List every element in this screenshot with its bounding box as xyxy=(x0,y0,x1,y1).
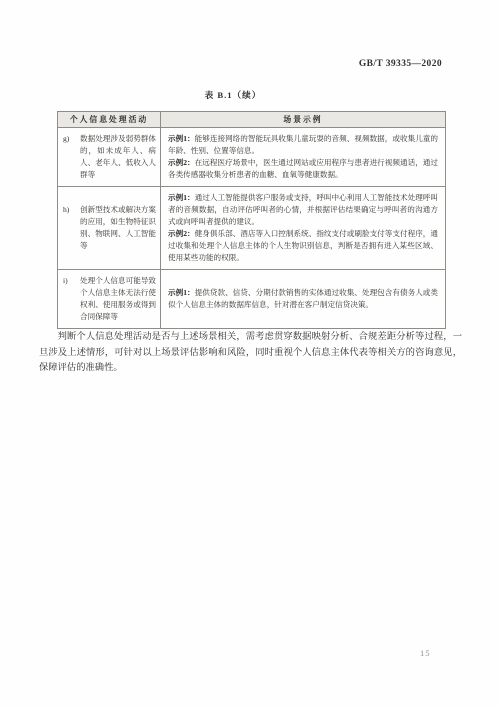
example-text-g2: 在远程医疗场景中，医生通过网站或应用程序与患者进行视频通话，通过各类传感器收集分… xyxy=(168,158,438,179)
activity-text-h: 创新型技术或解决方案的应用，如生物特征识别、物联网、人工智能等 xyxy=(80,204,156,252)
example-label-g1: 示例1： xyxy=(168,134,195,143)
example-text-g1: 能够连接网络的智能玩具收集儿童玩耍的音频、视频数据，或收集儿童的年龄、性别、位置… xyxy=(168,134,438,155)
row-marker-g: g) xyxy=(63,133,80,181)
document-page: GB/T 39335—2020 表 B.1（续） 个人信息处理活动 场景示例 g… xyxy=(0,0,500,707)
activity-wrap: g) 数据处理涉及弱势群体的，如未成年人、病人、老年人、低收入人群等 xyxy=(63,133,156,181)
example-i1: 示例1：提供贷款、信贷、分期付款销售的实体通过收集、处理包含有债务人或类似个人信… xyxy=(168,287,438,311)
example-text-h1: 通过人工智能提供客户服务或支持，呼叫中心利用人工智能技术处理呼叫者的音频数据，自… xyxy=(168,193,438,226)
column-header-scenario: 场景示例 xyxy=(161,112,446,128)
activity-cell-h: h) 创新型技术或解决方案的应用，如生物特征识别、物联网、人工智能等 xyxy=(58,187,161,270)
scenario-cell-i: 示例1：提供贷款、信贷、分期付款销售的实体通过收集、处理包含有债务人或类似个人信… xyxy=(161,270,446,329)
row-marker-h: h) xyxy=(63,204,80,252)
table-title: 表 B.1（续） xyxy=(0,89,466,101)
activity-wrap: i) 处理个人信息可能导致个人信息主体无法行使权利、使用服务或得到合同保障等 xyxy=(63,275,156,323)
example-label-g2: 示例2： xyxy=(168,158,195,167)
table-b1: 个人信息处理活动 场景示例 g) 数据处理涉及弱势群体的，如未成年人、病人、老年… xyxy=(57,111,446,329)
activity-wrap: h) 创新型技术或解决方案的应用，如生物特征识别、物联网、人工智能等 xyxy=(63,204,156,252)
example-text-i1: 提供贷款、信贷、分期付款销售的实体通过收集、处理包含有债务人或类似个人信息主体的… xyxy=(168,288,438,309)
example-h1: 示例1：通过人工智能提供客户服务或支持，呼叫中心利用人工智能技术处理呼叫者的音频… xyxy=(168,192,438,228)
example-label-i1: 示例1： xyxy=(168,288,195,297)
table-row-i: i) 处理个人信息可能导致个人信息主体无法行使权利、使用服务或得到合同保障等 示… xyxy=(58,270,446,329)
column-header-activity: 个人信息处理活动 xyxy=(58,112,161,128)
table-row-h: h) 创新型技术或解决方案的应用，如生物特征识别、物联网、人工智能等 示例1：通… xyxy=(58,187,446,270)
activity-text-g: 数据处理涉及弱势群体的，如未成年人、病人、老年人、低收入人群等 xyxy=(80,133,156,181)
example-h2: 示例2：健身俱乐部、酒店等入口控制系统、指纹支付或刷脸支付等支付程序，通过收集和… xyxy=(168,228,438,264)
example-label-h2: 示例2： xyxy=(168,229,195,238)
example-g1: 示例1：能够连接网络的智能玩具收集儿童玩耍的音频、视频数据，或收集儿童的年龄、性… xyxy=(168,133,438,157)
closing-paragraph: 判断个人信息处理活动是否与上述场景相关，需考虑贯穿数据映射分析、合规差距分析等过… xyxy=(39,330,462,377)
table-header-row: 个人信息处理活动 场景示例 xyxy=(58,112,446,128)
row-marker-i: i) xyxy=(63,275,80,323)
scenario-cell-g: 示例1：能够连接网络的智能玩具收集儿童玩耍的音频、视频数据，或收集儿童的年龄、性… xyxy=(161,128,446,187)
page-number: 15 xyxy=(420,648,431,658)
table-row-g: g) 数据处理涉及弱势群体的，如未成年人、病人、老年人、低收入人群等 示例1：能… xyxy=(58,128,446,187)
example-text-h2: 健身俱乐部、酒店等入口控制系统、指纹支付或刷脸支付等支付程序，通过收集和处理个人… xyxy=(168,229,438,262)
example-g2: 示例2：在远程医疗场景中，医生通过网站或应用程序与患者进行视频通话，通过各类传感… xyxy=(168,157,438,181)
scenario-cell-h: 示例1：通过人工智能提供客户服务或支持，呼叫中心利用人工智能技术处理呼叫者的音频… xyxy=(161,187,446,270)
standard-number: GB/T 39335—2020 xyxy=(359,59,442,69)
example-label-h1: 示例1： xyxy=(168,193,195,202)
activity-cell-g: g) 数据处理涉及弱势群体的，如未成年人、病人、老年人、低收入人群等 xyxy=(58,128,161,187)
activity-text-i: 处理个人信息可能导致个人信息主体无法行使权利、使用服务或得到合同保障等 xyxy=(80,275,156,323)
activity-cell-i: i) 处理个人信息可能导致个人信息主体无法行使权利、使用服务或得到合同保障等 xyxy=(58,270,161,329)
